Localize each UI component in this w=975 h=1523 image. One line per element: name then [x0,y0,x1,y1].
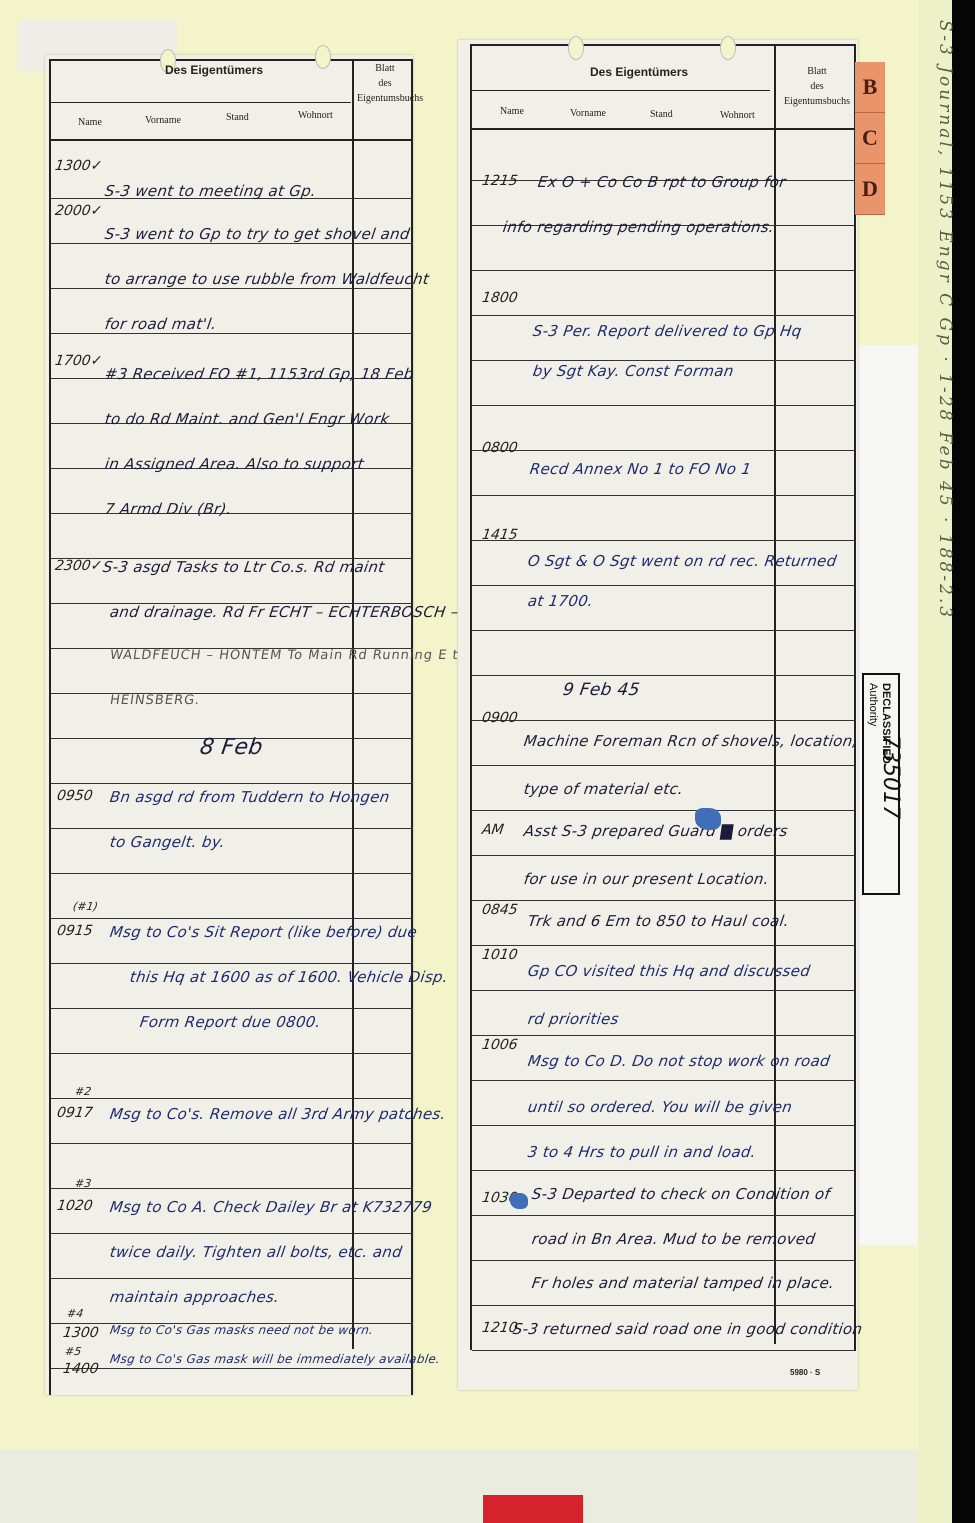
punch-hole [720,36,736,60]
entry-time: 1020 [56,1198,94,1214]
ruled-line [51,828,413,829]
entry-line: to arrange to use rubble from Waldfeucht [104,270,431,288]
header-title: Des Eigentümers [590,65,688,79]
ruled-line [472,540,856,541]
entry-line: info regarding pending operations. [502,218,776,236]
dark-background-edge [952,0,975,1523]
entry-line: Msg to Co's Sit Report (like before) due [109,923,419,941]
date-heading: 8 Feb [198,735,264,760]
form-number: 5980 · S [790,1368,820,1377]
ruled-line [472,405,856,406]
ruled-line [51,963,413,964]
header-title: Des Eigentümers [165,63,263,77]
ruled-line [51,1053,413,1054]
entry-line: rd priorities [527,1010,620,1028]
entry-line: S-3 returned said road one in good condi… [512,1320,864,1338]
ruled-line [472,945,856,946]
entry-line: Msg to Co's. Remove all 3rd Army patches… [109,1105,447,1123]
declassified-authority-number: 735017 [878,735,903,819]
entry-line: Msg to Co D. Do not stop work on road [527,1052,832,1070]
entry-line: 3 to 4 Hrs to pull in and load. [527,1143,758,1161]
entry-line: HEINSBERG. [109,693,201,708]
entry-line: to Gangelt. by. [109,833,227,851]
redaction-ink-blot [695,808,721,830]
ruled-line [51,1008,413,1009]
index-tabs: B C D [855,62,885,215]
entry-line: by Sgt Kay. Const Forman [532,362,735,380]
ruled-line [472,270,856,271]
ruled-line [51,1368,413,1369]
entry-line: in Assigned Area. Also to support [104,455,365,473]
ruled-line [472,1125,856,1126]
entry-line: S-3 went to Gp to try to get shovel and [104,225,411,243]
entry-time: 1700✓ [54,353,104,369]
header-col-wohnort: Wohnort [720,110,755,121]
ruled-line [51,333,413,334]
entry-line: Msg to Co's Gas masks need not be worn. [109,1323,374,1337]
declassified-stamp: DECLASSIFIED Authority 735017 [862,673,900,895]
right-journal-page: Des Eigentümers Name Vorname Stand Wohno… [458,40,858,1390]
ruled-line [472,1260,856,1261]
header-col-name: Name [78,117,102,128]
ruled-line [472,585,856,586]
ruled-line [472,1170,856,1171]
ruled-line [472,315,856,316]
ruled-line [472,675,856,676]
ruled-line [51,1278,413,1279]
header-col-vorname: Vorname [145,115,181,126]
message-number: #3 [74,1177,92,1190]
message-number: #2 [74,1085,92,1098]
header-blatt: Blatt des Eigentumsbuchs [357,61,413,106]
entry-line: 7 Armd Div (Br). [104,500,233,518]
message-number: #4 [66,1307,84,1320]
entry-line: #3 Received FO #1, 1153rd Gp, 18 Feb [104,365,415,383]
entry-line: this Hq at 1600 as of 1600. Vehicle Disp… [129,968,450,986]
entry-line: at 1700. [527,592,595,610]
index-tab-d[interactable]: D [855,164,885,215]
entry-line: Fr holes and material tamped in place. [531,1274,836,1292]
ruled-line [472,1215,856,1216]
ruled-line [51,1233,413,1234]
entry-line: Asst S-3 prepared Guard ▇ orders [523,822,789,840]
entry-time: AM [481,822,505,838]
entry-time: 1800 [481,290,519,306]
entry-line: S-3 asgd Tasks to Ltr Co.s. Rd maint [102,558,386,576]
ruled-line [51,1098,413,1099]
entry-line: WALDFEUCH – HONTEM To Main Rd Running E … [109,648,469,663]
date-heading: 9 Feb 45 [562,680,641,700]
column-divider [352,59,354,1349]
ruled-line [51,783,413,784]
ruled-line [472,855,856,856]
entry-line: O Sgt & O Sgt went on rd rec. Returned [527,552,838,570]
entry-time: 1010 [481,947,519,963]
entry-time: 0950 [56,788,94,804]
entry-time: 1415 [481,527,519,543]
ink-blot [510,1193,528,1209]
entry-time: 1300 [62,1325,100,1341]
entry-line: to do Rd Maint. and Gen'l Engr Work [104,410,391,428]
index-tab-c[interactable]: C [855,113,885,164]
entry-line: maintain approaches. [109,1288,281,1306]
ruled-line [472,1305,856,1306]
header-bottom-rule [472,128,856,130]
punch-hole [568,36,584,60]
left-journal-page: Des Eigentümers Name Vorname Stand Wohno… [45,55,413,1395]
header-bottom-rule [51,139,413,141]
entry-line: for road mat'l. [104,315,218,333]
header-blatt: Blatt des Eigentumsbuchs [778,64,856,109]
ruled-line [472,900,856,901]
entry-time: 0800 [481,440,519,456]
entry-line: until so ordered. You will be given [527,1098,794,1116]
entry-line: for use in our present Location. [523,870,770,888]
entry-time: 2300✓ [54,558,104,574]
red-folder-tab [483,1495,583,1523]
ruled-line [472,630,856,631]
entry-line: Form Report due 0800. [139,1013,322,1031]
header-col-name: Name [500,106,524,117]
ruled-line [51,873,413,874]
header-divider [51,102,351,103]
entry-line: S-3 Departed to check on Condition of [531,1185,832,1203]
message-number: (#1) [72,900,99,913]
column-divider [774,44,776,1344]
entry-line: Gp CO visited this Hq and discussed [527,962,812,980]
entry-time: 1006 [481,1037,519,1053]
entry-line: Trk and 6 Em to 850 to Haul coal. [527,912,791,930]
entry-time: 0900 [481,710,519,726]
ruled-line [51,693,413,694]
entry-time: 0845 [481,902,519,918]
header-col-vorname: Vorname [570,108,606,119]
ruled-line [472,495,856,496]
entry-time: 1300✓ [54,158,104,174]
entry-time: 1400 [62,1361,100,1377]
ruled-line [472,1080,856,1081]
header-divider [472,90,770,91]
ruled-line [472,990,856,991]
form-frame [49,59,413,1395]
entry-line: twice daily. Tighten all bolts, etc. and [109,1243,404,1261]
ruled-line [51,243,413,244]
entry-line: S-3 went to meeting at Gp. [104,182,318,200]
entry-line: S-3 Per. Report delivered to Gp Hq [532,322,803,340]
ruled-line [472,450,856,451]
entry-line: Recd Annex No 1 to FO No 1 [529,460,753,478]
ruled-line [472,720,856,721]
folder-margin-annotation: S-3 Journal, 1153 Engr C Gp · 1-28 Feb 4… [925,20,955,1400]
header-col-wohnort: Wohnort [298,110,333,121]
entry-line: Msg to Co A. Check Dailey Br at K732779 [109,1198,434,1216]
message-number: #5 [64,1345,82,1358]
ruled-line [472,1350,856,1351]
entry-line: and drainage. Rd Fr ECHT – ECHTERBOSCH – [109,603,460,621]
ruled-line [472,765,856,766]
entry-line: Ex O + Co Co B rpt to Group for [537,173,787,191]
header-col-stand: Stand [226,112,249,123]
ruled-line [51,288,413,289]
index-tab-b[interactable]: B [855,62,885,113]
ruled-line [51,1188,413,1189]
ruled-line [51,1143,413,1144]
entry-line: Msg to Co's Gas mask will be immediately… [109,1352,441,1366]
ruled-line [51,918,413,919]
entry-time: 0915 [56,923,94,939]
entry-line: road in Bn Area. Mud to be removed [531,1230,817,1248]
ruled-line [472,1035,856,1036]
ruled-line [472,360,856,361]
entry-time: 2000✓ [54,203,104,219]
ruled-line [472,810,856,811]
entry-time: 1215 [481,173,519,189]
header-col-stand: Stand [650,109,673,120]
punch-hole [315,45,331,69]
entry-time: 0917 [56,1105,94,1121]
entry-line: type of material etc. [523,780,685,798]
entry-line: Machine Foreman Rcn of shovels, location… [523,732,859,750]
entry-line: Bn asgd rd from Tuddern to Hongen [109,788,391,806]
